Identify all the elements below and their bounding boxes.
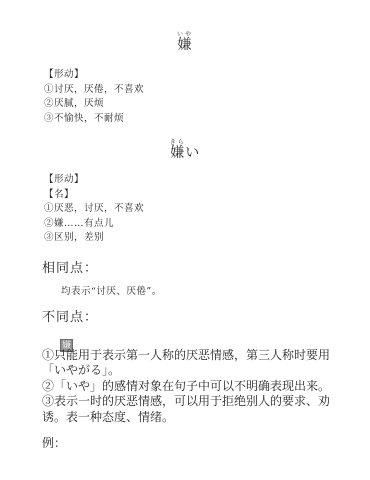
difference-point-2: ②「いや」的感情对象在句子中可以不明确表现出来。 [42,379,338,395]
difference-point-1: ①只能用于表示第一人称的厌恶情感，第三人称时要用「いやがる」。 [42,348,338,379]
headword-iya-furigana: いや [177,31,193,38]
headword-kirai-furigana: きら [170,139,186,146]
entry1-definitions: 【形动】 ①讨厌，厌倦，不喜欢 ②厌腻，厌烦 ③不愉快，不耐烦 [44,68,370,126]
badge-row: 嫌 [60,333,370,346]
headword-iya-kanji: 嫌 [177,37,193,53]
headword-kirai-okurigana: い [185,145,200,161]
entry2-sense-3: ③区别，差别 [44,231,370,246]
headword-kirai: 嫌きらい [0,139,370,161]
entry2-sense-2: ②嫌……有点儿 [44,217,370,232]
entry2-pos-label-1: 【形动】 [44,173,370,188]
entry1-sense-1: ①讨厌，厌倦，不喜欢 [44,83,370,98]
similarities-body: 均表示“讨厌、厌倦”。 [61,283,370,297]
headword-iya: 嫌いや [0,0,370,53]
headword-kirai-ruby: 嫌きら [170,145,186,161]
headword-iya-ruby: 嫌いや [177,37,193,53]
difference-point-3: ③表示一时的厌恶情感，可以用于拒绝别人的要求、劝诱。表一种态度、情绪。 [42,394,338,425]
entry1-pos-label: 【形动】 [44,68,370,83]
dictionary-page: 嫌いや 【形动】 ①讨厌，厌倦，不喜欢 ②厌腻，厌烦 ③不愉快，不耐烦 嫌きらい… [0,0,370,480]
example-label: 例： [42,434,370,451]
entry1-sense-3: ③不愉快，不耐烦 [44,112,370,127]
entry1-sense-2: ②厌腻，厌烦 [44,97,370,112]
entry2-sense-1: ①厌恶，讨厌，不喜欢 [44,202,370,217]
headword-kirai-kanji: 嫌 [170,145,186,161]
differences-heading: 不同点： [42,306,370,325]
similarities-heading: 相同点： [42,257,370,276]
entry2-pos-label-2: 【名】 [44,188,370,203]
entry2-definitions: 【形动】 【名】 ①厌恶，讨厌，不喜欢 ②嫌……有点儿 ③区别，差别 [44,173,370,246]
difference-points: ①只能用于表示第一人称的厌恶情感，第三人称时要用「いやがる」。 ②「いや」的感情… [42,348,338,426]
